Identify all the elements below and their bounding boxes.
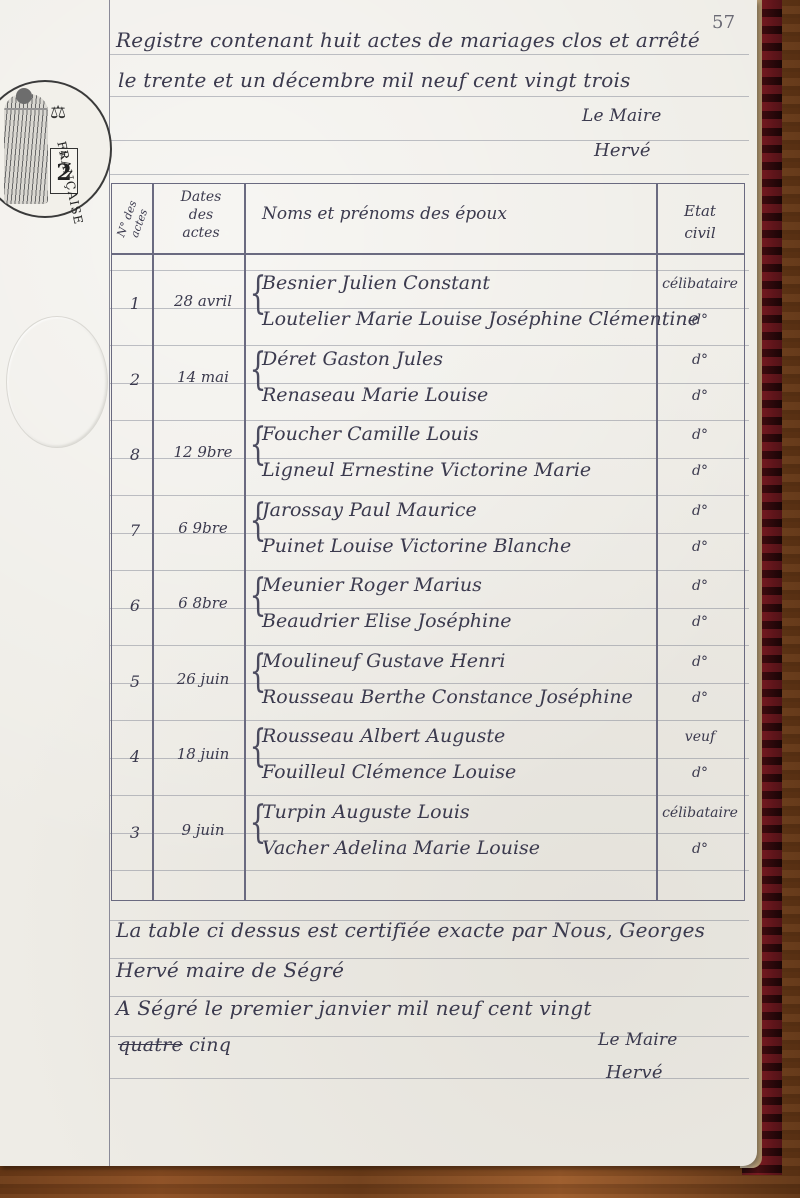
register-page: ⚖ F. 2 FRANÇAISE 57 Registre contenant h… xyxy=(0,0,757,1166)
groom-etat-civil: veuf xyxy=(658,729,742,745)
ruled-line xyxy=(110,174,749,175)
bride-name: Loutelier Marie Louise Joséphine Clément… xyxy=(262,308,699,330)
bride-etat-civil: d° xyxy=(658,539,742,555)
justice-figure-icon xyxy=(4,94,48,204)
act-date: 18 juin xyxy=(160,745,246,763)
act-number: 6 xyxy=(120,596,150,615)
act-date: 6 9bre xyxy=(160,519,246,537)
header-line-2: le trente et un décembre mil neuf cent v… xyxy=(118,68,631,92)
header-signature-title: Le Maire xyxy=(582,106,662,126)
corrected-word: cinq xyxy=(189,1034,231,1056)
ruled-line xyxy=(110,140,749,141)
header-line-1: Registre contenant huit actes de mariage… xyxy=(116,28,700,52)
bride-etat-civil: d° xyxy=(658,765,742,781)
groom-name: Rousseau Albert Auguste xyxy=(262,725,505,747)
header-text: des xyxy=(158,206,244,224)
column-header-num: N° des actes xyxy=(114,199,151,244)
date-line: A Ségré le premier janvier mil neuf cent… xyxy=(116,996,592,1020)
groom-etat-civil: célibataire xyxy=(658,805,742,821)
stamp-head-icon xyxy=(16,88,32,104)
struck-word: quatre xyxy=(118,1034,183,1056)
bride-name: Ligneul Ernestine Victorine Marie xyxy=(262,459,591,481)
header-divider xyxy=(112,253,744,255)
act-number: 2 xyxy=(120,370,150,389)
header-text: Dates xyxy=(158,188,244,206)
column-header-date: Dates des actes xyxy=(158,188,244,242)
act-number: 8 xyxy=(120,445,150,464)
groom-etat-civil: célibataire xyxy=(658,276,742,292)
certification-line-2: Hervé maire de Ségré xyxy=(116,958,344,982)
groom-name: Turpin Auguste Louis xyxy=(262,801,470,823)
date-line-continued: quatre cinq xyxy=(118,1034,231,1056)
header-text: actes xyxy=(158,224,244,242)
groom-name: Besnier Julien Constant xyxy=(262,272,490,294)
groom-etat-civil: d° xyxy=(658,503,742,519)
header-text: civil xyxy=(658,222,742,244)
fiscal-stamp: ⚖ F. 2 FRANÇAISE xyxy=(0,80,112,218)
act-date: 12 9bre xyxy=(160,443,246,461)
column-header-names: Noms et prénoms des époux xyxy=(262,204,507,224)
ruled-line xyxy=(110,54,749,55)
scales-icon: ⚖ xyxy=(50,102,66,123)
act-number: 1 xyxy=(120,294,150,313)
bride-name: Vacher Adelina Marie Louise xyxy=(262,837,540,859)
groom-etat-civil: d° xyxy=(658,654,742,670)
act-number: 4 xyxy=(120,747,150,766)
groom-name: Meunier Roger Marius xyxy=(262,574,482,596)
column-divider xyxy=(152,184,154,900)
header-signature-name: Hervé xyxy=(594,140,651,161)
bride-name: Fouilleul Clémence Louise xyxy=(262,761,516,783)
bride-name: Puinet Louise Victorine Blanche xyxy=(262,535,571,557)
groom-name: Jarossay Paul Maurice xyxy=(262,499,477,521)
act-date: 6 8bre xyxy=(160,594,246,612)
act-date: 26 juin xyxy=(160,670,246,688)
act-number: 3 xyxy=(120,823,150,842)
embossed-seal xyxy=(6,316,108,448)
groom-etat-civil: d° xyxy=(658,352,742,368)
act-date: 28 avril xyxy=(160,292,246,310)
groom-name: Déret Gaston Jules xyxy=(262,348,443,370)
bride-etat-civil: d° xyxy=(658,463,742,479)
page-number: 57 xyxy=(712,12,735,33)
bride-name: Beaudrier Elise Joséphine xyxy=(262,610,512,632)
bride-etat-civil: d° xyxy=(658,388,742,404)
bride-name: Renaseau Marie Louise xyxy=(262,384,488,406)
footer-signature-title: Le Maire xyxy=(598,1030,678,1050)
groom-name: Moulineuf Gustave Henri xyxy=(262,650,505,672)
bride-name: Rousseau Berthe Constance Joséphine xyxy=(262,686,633,708)
act-date: 9 juin xyxy=(160,821,246,839)
certification-line-1: La table ci dessus est certifiée exacte … xyxy=(116,918,705,942)
footer-signature-name: Hervé xyxy=(606,1062,663,1083)
bride-etat-civil: d° xyxy=(658,690,742,706)
bride-etat-civil: d° xyxy=(658,841,742,857)
groom-name: Foucher Camille Louis xyxy=(262,423,479,445)
act-date: 14 mai xyxy=(160,368,246,386)
groom-etat-civil: d° xyxy=(658,427,742,443)
groom-etat-civil: d° xyxy=(658,578,742,594)
column-header-etat: Etat civil xyxy=(658,200,742,244)
ruled-line xyxy=(110,96,749,97)
marriage-index-table: N° des actes Dates des actes Noms et pré… xyxy=(111,183,745,901)
bride-etat-civil: d° xyxy=(658,312,742,328)
bride-etat-civil: d° xyxy=(658,614,742,630)
act-number: 5 xyxy=(120,672,150,691)
header-text: Etat xyxy=(658,200,742,222)
act-number: 7 xyxy=(120,521,150,540)
